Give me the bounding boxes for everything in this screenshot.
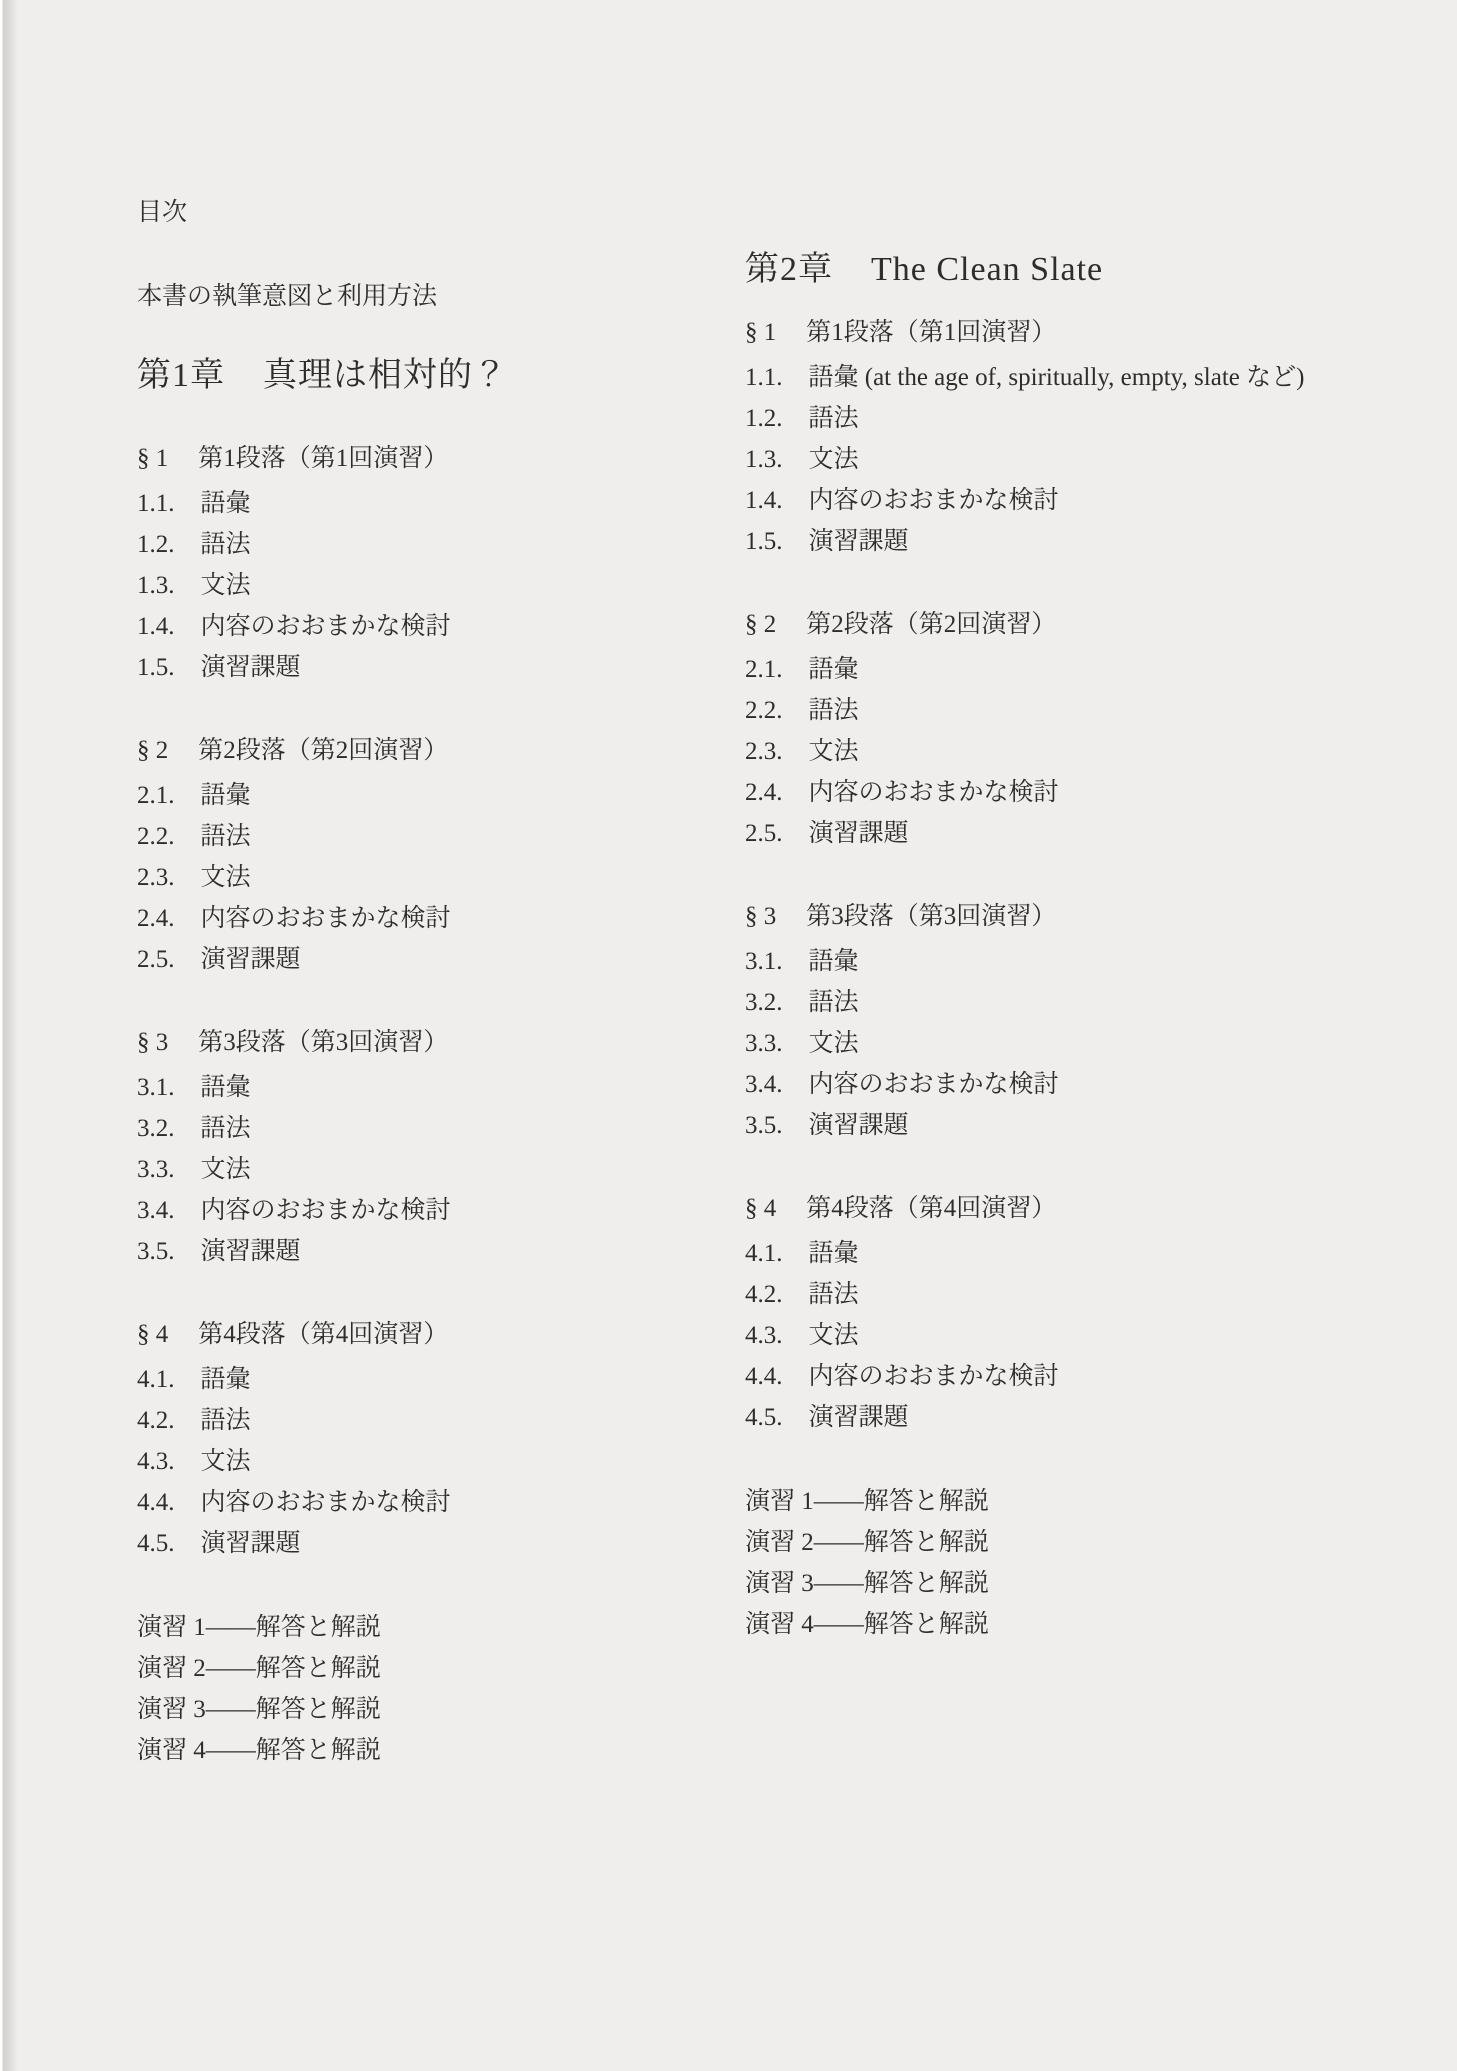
section-number: § 3 <box>745 903 776 930</box>
item-number: 1.1. <box>137 490 175 517</box>
toc-column-right: 第2章The Clean Slate§ 1第1段落（第1回演習）1.1.語彙 (… <box>745 244 1340 1645</box>
item-number: 2.4. <box>745 779 783 806</box>
item-text: 語法 <box>809 697 859 724</box>
toc-item: 2.1.語彙 <box>137 775 657 816</box>
toc-item: 1.1.語彙 <box>137 483 657 524</box>
item-number: 4.2. <box>745 1281 783 1308</box>
toc-item: 1.5.演習課題 <box>745 521 1340 562</box>
toc-item: 3.5.演習課題 <box>137 1231 657 1272</box>
toc-item: 4.1.語彙 <box>745 1233 1340 1274</box>
exercise-line: 演習 4――解答と解説 <box>745 1604 1340 1645</box>
toc-item: 4.5.演習課題 <box>745 1397 1340 1438</box>
item-number: 1.3. <box>745 446 783 473</box>
chapter-number: 第1章 <box>137 357 225 394</box>
toc-item: 3.3.文法 <box>745 1023 1340 1064</box>
item-number: 3.3. <box>137 1156 175 1183</box>
item-text: 演習課題 <box>201 654 301 681</box>
item-number: 2.5. <box>137 946 175 973</box>
toc-item: 4.4.内容のおおまかな検討 <box>745 1356 1340 1397</box>
toc-item: 1.2.語法 <box>137 524 657 565</box>
toc-item: 2.2.語法 <box>745 690 1340 731</box>
item-number: 1.3. <box>137 572 175 599</box>
item-number: 2.2. <box>137 823 175 850</box>
toc-item: 3.5.演習課題 <box>745 1105 1340 1146</box>
intro-line: 本書の執筆意図と利用方法 <box>137 276 657 317</box>
item-number: 3.2. <box>745 989 783 1016</box>
section-title: 第2段落（第2回演習） <box>198 737 448 764</box>
item-number: 4.4. <box>137 1489 175 1516</box>
section-number: § 4 <box>137 1321 168 1348</box>
item-number: 3.4. <box>137 1197 175 1224</box>
section-title: 第4段落（第4回演習） <box>806 1195 1056 1222</box>
section-title: 第3段落（第3回演習） <box>806 903 1056 930</box>
exercise-line: 演習 4――解答と解説 <box>137 1730 657 1771</box>
item-text: 文法 <box>201 1448 251 1475</box>
toc-item: 4.1.語彙 <box>137 1359 657 1400</box>
item-number: 4.4. <box>745 1363 783 1390</box>
item-text: 文法 <box>201 572 251 599</box>
section-number: § 2 <box>745 611 776 638</box>
section-number: § 4 <box>745 1195 776 1222</box>
item-number: 3.1. <box>137 1074 175 1101</box>
item-text: 演習課題 <box>809 1404 909 1431</box>
item-number: 4.1. <box>137 1366 175 1393</box>
item-number: 4.2. <box>137 1407 175 1434</box>
item-text: 文法 <box>201 864 251 891</box>
item-text: 内容のおおまかな検討 <box>201 905 451 932</box>
item-text: 語法 <box>201 823 251 850</box>
item-number: 1.4. <box>745 487 783 514</box>
section-number: § 2 <box>137 737 168 764</box>
chapter-heading: 第2章The Clean Slate <box>745 244 1340 296</box>
toc-item: 2.5.演習課題 <box>745 813 1340 854</box>
item-number: 3.2. <box>137 1115 175 1142</box>
toc-item: 1.3.文法 <box>137 565 657 606</box>
section-heading: § 1第1段落（第1回演習） <box>137 438 657 479</box>
toc-page: 目次本書の執筆意図と利用方法第1章真理は相対的？§ 1第1段落（第1回演習）1.… <box>0 0 1457 2071</box>
item-number: 3.1. <box>745 948 783 975</box>
item-number: 2.2. <box>745 697 783 724</box>
exercise-line: 演習 2――解答と解説 <box>137 1648 657 1689</box>
item-text: 演習課題 <box>809 528 909 555</box>
toc-item: 1.4.内容のおおまかな検討 <box>745 480 1340 521</box>
item-number: 4.1. <box>745 1240 783 1267</box>
section-heading: § 1第1段落（第1回演習） <box>745 312 1340 353</box>
section-title: 第4段落（第4回演習） <box>198 1321 448 1348</box>
item-number: 3.5. <box>745 1112 783 1139</box>
item-text: 文法 <box>201 1156 251 1183</box>
item-number: 2.5. <box>745 820 783 847</box>
item-number: 3.5. <box>137 1238 175 1265</box>
toc-item: 2.3.文法 <box>137 857 657 898</box>
exercise-line: 演習 1――解答と解説 <box>745 1481 1340 1522</box>
item-text: 語彙 <box>809 1240 859 1267</box>
toc-item: 2.1.語彙 <box>745 649 1340 690</box>
item-text: 語彙 <box>809 656 859 683</box>
section-heading: § 4第4段落（第4回演習） <box>137 1314 657 1355</box>
section-title: 第3段落（第3回演習） <box>198 1029 448 1056</box>
item-number: 4.3. <box>745 1322 783 1349</box>
toc-item: 3.2.語法 <box>745 982 1340 1023</box>
item-text: 演習課題 <box>809 820 909 847</box>
section-heading: § 4第4段落（第4回演習） <box>745 1188 1340 1229</box>
item-text: 語彙 <box>809 948 859 975</box>
item-text: 文法 <box>809 1030 859 1057</box>
item-text: 内容のおおまかな検討 <box>201 1197 451 1224</box>
toc-item: 2.2.語法 <box>137 816 657 857</box>
toc-item: 2.5.演習課題 <box>137 939 657 980</box>
exercise-line: 演習 1――解答と解説 <box>137 1607 657 1648</box>
toc-item: 1.4.内容のおおまかな検討 <box>137 606 657 647</box>
item-text: 内容のおおまかな検討 <box>201 1489 451 1516</box>
item-text: 語彙 <box>201 490 251 517</box>
item-number: 4.5. <box>137 1530 175 1557</box>
item-text: 演習課題 <box>201 1238 301 1265</box>
toc-item: 1.3.文法 <box>745 439 1340 480</box>
item-text: 演習課題 <box>201 1530 301 1557</box>
item-number: 2.3. <box>745 738 783 765</box>
toc-item: 3.4.内容のおおまかな検討 <box>745 1064 1340 1105</box>
item-text: 語法 <box>809 405 859 432</box>
toc-item: 1.1.語彙 (at the age of, spiritually, empt… <box>745 357 1340 398</box>
section-heading: § 2第2段落（第2回演習） <box>137 730 657 771</box>
item-number: 2.4. <box>137 905 175 932</box>
toc-item: 3.1.語彙 <box>137 1067 657 1108</box>
section-number: § 1 <box>137 445 168 472</box>
section-heading: § 3第3段落（第3回演習） <box>137 1022 657 1063</box>
item-text: 内容のおおまかな検討 <box>809 487 1059 514</box>
item-text: 語法 <box>809 1281 859 1308</box>
section-heading: § 2第2段落（第2回演習） <box>745 604 1340 645</box>
section-number: § 1 <box>745 319 776 346</box>
item-text: 語法 <box>201 1407 251 1434</box>
item-number: 2.3. <box>137 864 175 891</box>
chapter-title: The Clean Slate <box>871 251 1103 288</box>
item-number: 3.3. <box>745 1030 783 1057</box>
toc-item: 1.2.語法 <box>745 398 1340 439</box>
exercise-line: 演習 3――解答と解説 <box>137 1689 657 1730</box>
item-text: 語彙 (at the age of, spiritually, empty, s… <box>809 364 1305 391</box>
section-heading: § 3第3段落（第3回演習） <box>745 896 1340 937</box>
toc-item: 4.3.文法 <box>137 1441 657 1482</box>
chapter-number: 第2章 <box>745 251 833 288</box>
toc-item: 4.4.内容のおおまかな検討 <box>137 1482 657 1523</box>
toc-item: 2.4.内容のおおまかな検討 <box>745 772 1340 813</box>
item-text: 文法 <box>809 1322 859 1349</box>
item-text: 文法 <box>809 446 859 473</box>
toc-item: 3.2.語法 <box>137 1108 657 1149</box>
item-number: 1.2. <box>745 405 783 432</box>
toc-column-left: 目次本書の執筆意図と利用方法第1章真理は相対的？§ 1第1段落（第1回演習）1.… <box>137 192 657 1771</box>
toc-item: 4.2.語法 <box>745 1274 1340 1315</box>
item-text: 文法 <box>809 738 859 765</box>
item-number: 1.5. <box>137 654 175 681</box>
item-number: 1.4. <box>137 613 175 640</box>
toc-item: 2.4.内容のおおまかな検討 <box>137 898 657 939</box>
item-number: 3.4. <box>745 1071 783 1098</box>
exercise-line: 演習 3――解答と解説 <box>745 1563 1340 1604</box>
toc-item: 1.5.演習課題 <box>137 647 657 688</box>
page-scan-edge <box>0 0 18 2071</box>
item-text: 演習課題 <box>809 1112 909 1139</box>
item-text: 内容のおおまかな検討 <box>201 613 451 640</box>
item-text: 内容のおおまかな検討 <box>809 779 1059 806</box>
item-text: 語法 <box>201 531 251 558</box>
section-title: 第1段落（第1回演習） <box>198 445 448 472</box>
toc-item: 2.3.文法 <box>745 731 1340 772</box>
toc-item: 3.1.語彙 <box>745 941 1340 982</box>
toc-item: 4.2.語法 <box>137 1400 657 1441</box>
toc-title: 目次 <box>137 192 657 233</box>
section-number: § 3 <box>137 1029 168 1056</box>
item-number: 1.5. <box>745 528 783 555</box>
section-title: 第1段落（第1回演習） <box>806 319 1056 346</box>
item-number: 2.1. <box>745 656 783 683</box>
chapter-heading: 第1章真理は相対的？ <box>137 350 657 402</box>
exercise-line: 演習 2――解答と解説 <box>745 1522 1340 1563</box>
item-text: 語彙 <box>201 782 251 809</box>
item-number: 4.5. <box>745 1404 783 1431</box>
toc-item: 3.3.文法 <box>137 1149 657 1190</box>
item-number: 1.1. <box>745 364 783 391</box>
item-text: 演習課題 <box>201 946 301 973</box>
item-text: 語彙 <box>201 1074 251 1101</box>
toc-item: 4.5.演習課題 <box>137 1523 657 1564</box>
item-text: 語法 <box>809 989 859 1016</box>
item-text: 語彙 <box>201 1366 251 1393</box>
item-number: 4.3. <box>137 1448 175 1475</box>
item-text: 語法 <box>201 1115 251 1142</box>
section-title: 第2段落（第2回演習） <box>806 611 1056 638</box>
chapter-title: 真理は相対的？ <box>263 357 508 394</box>
item-text: 内容のおおまかな検討 <box>809 1071 1059 1098</box>
item-number: 1.2. <box>137 531 175 558</box>
toc-item: 4.3.文法 <box>745 1315 1340 1356</box>
toc-item: 3.4.内容のおおまかな検討 <box>137 1190 657 1231</box>
item-number: 2.1. <box>137 782 175 809</box>
item-text: 内容のおおまかな検討 <box>809 1363 1059 1390</box>
